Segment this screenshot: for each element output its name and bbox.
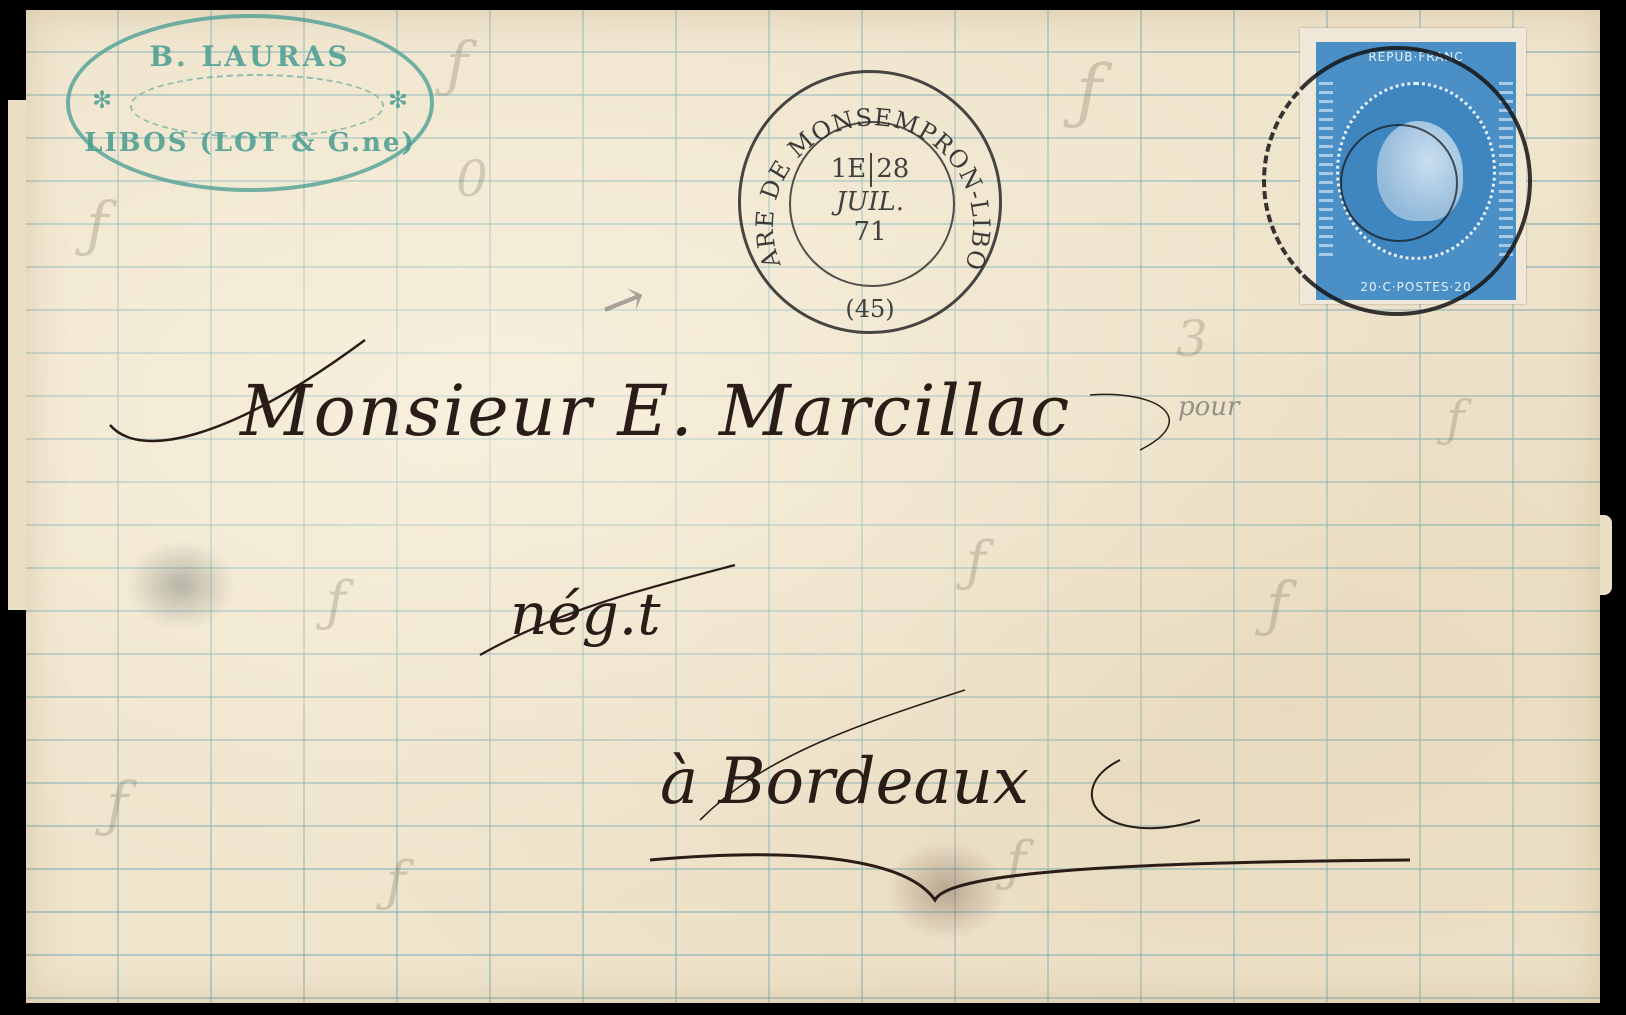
sender-cachet: B. LAURAS ✻ ✻ LIBOS (LOT & G.ne) — [66, 14, 434, 192]
star-icon: ✻ — [388, 86, 408, 114]
ledger-mark: ƒ — [86, 190, 108, 260]
ledger-mark: ƒ — [446, 30, 468, 100]
star-icon: ✻ — [92, 86, 112, 114]
stain — [126, 540, 236, 630]
ledger-mark: ƒ — [326, 570, 346, 633]
datestamp-month: JUIL. — [789, 187, 951, 217]
ink-smudge — [886, 840, 1006, 940]
address-recipient: Monsieur E. Marcillac — [240, 370, 1071, 452]
ledger-mark: ƒ — [1446, 390, 1465, 448]
datestamp-time: 1E — [831, 154, 867, 184]
address-city: à Bordeaux — [660, 745, 1029, 819]
cancellation-postmark — [1262, 46, 1532, 316]
right-fold-tab — [1598, 515, 1612, 595]
ledger-mark: ƒ — [1266, 570, 1288, 640]
station-datestamp: GARE DE MONSEMPRON-LIBOS 1E28 JUIL. 71 (… — [738, 70, 1002, 334]
ledger-mark: ƒ — [106, 770, 128, 840]
ledger-mark: ƒ — [386, 850, 406, 913]
ledger-mark: 3 — [1176, 310, 1208, 368]
ledger-mark: ƒ — [1076, 50, 1102, 132]
datestamp-divider — [870, 153, 872, 187]
pencil-note: pour — [1178, 392, 1239, 422]
cancellation-inner-ring — [1340, 124, 1458, 242]
datestamp-year: 71 — [789, 217, 951, 247]
datestamp-day: 28 — [876, 154, 909, 184]
datestamp-department: (45) — [741, 295, 999, 323]
ledger-mark: ƒ — [1006, 830, 1026, 893]
ledger-mark: 0 — [456, 150, 488, 208]
cachet-place: LIBOS (LOT & G.ne) — [70, 128, 430, 158]
datestamp-date: 1E28 JUIL. 71 — [789, 153, 951, 247]
cachet-name: B. LAURAS — [70, 40, 430, 73]
ledger-mark: ƒ — [966, 530, 986, 593]
address-occupation: nég.t — [510, 580, 661, 648]
